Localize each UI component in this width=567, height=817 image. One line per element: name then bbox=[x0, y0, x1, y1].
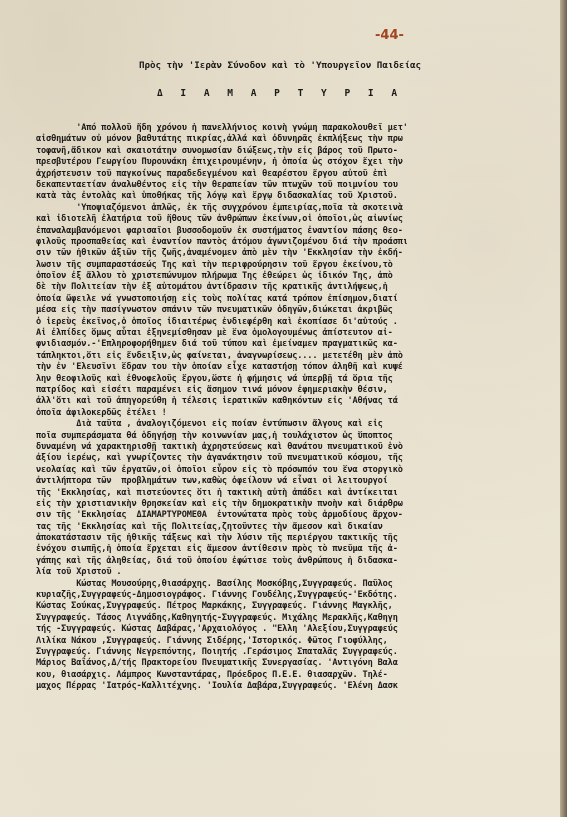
document-title: Δ Ι Α Μ Α Ρ Τ Υ Ρ Ι Α bbox=[0, 88, 560, 99]
text-line: ἀντιλήπτορα τῶν προβλημάτων των,καθὼς ὀφ… bbox=[36, 476, 564, 487]
text-line: δυναμένη νά χαρακτηρισθῇ τακτικὴ ἀχρηστε… bbox=[36, 442, 564, 453]
text-line: μαχος Πέρρας 'Ιατρός-Καλλιτέχνης. 'Ιουλί… bbox=[36, 681, 564, 692]
text-line: ἐπαναλαμβανόμενοι φαρισαῖοι βυσσοδομοῦν … bbox=[36, 226, 564, 237]
text-line: κυριαζῆς,Συγγραφεύς-Δημοσιογράφος. Γιάνν… bbox=[36, 590, 564, 601]
text-line: ἀλλ'ὅτι καὶ τοῦ ἀπηγορεύθη ἡ τέλεσις ἱερ… bbox=[36, 396, 564, 407]
text-line: τοφανῆ,ἄδικον καὶ σκαιοτάτην συνομωσίαν … bbox=[36, 146, 564, 157]
text-line: φιλοῦς προσπαθείας καὶ ἐναντίον παντὸς ἀ… bbox=[36, 237, 564, 248]
text-line: δὲ τὴν Πολιτείαν τὴν ἐξ αὐτομάτου ἀντίδρ… bbox=[36, 282, 564, 293]
text-line: λία τοῦ Χριστοῦ . bbox=[36, 567, 564, 578]
text-line: 'Υποψιαζόμενοι ἁπλῶς, ἐκ τῆς συγχρόνου ἐ… bbox=[36, 203, 564, 214]
text-line: Κώστας Μουσούρης,θιασάρχης. Βασίλης Μοσκ… bbox=[36, 579, 564, 590]
handwritten-page-number: -44- bbox=[375, 28, 404, 43]
text-line: ὁποῖον ἐξ ἄλλου τὸ χριστεπώνυμον πλήρωμα… bbox=[36, 271, 564, 282]
text-line: Κώστας Σούκας,Συγγραφεύς. Πέτρος Μαρκάκη… bbox=[36, 601, 564, 612]
text-line: ποῖα συμπεράσματα θά ὁδηγήσῃ τὴν κοινωνί… bbox=[36, 431, 564, 442]
text-line: τὴν ἐν 'Ελευσῖνι ἕδραν του τὴν ὁποίαν εἶ… bbox=[36, 362, 564, 373]
text-line: ἀξίου ἱερέως, καὶ γνωρίζοντες τὴν ἀγανάκ… bbox=[36, 453, 564, 464]
text-line: 'Από πολλοῦ ἤδη χρόνου ἡ πανελλήνιος κοι… bbox=[36, 123, 564, 134]
text-line: αἰσθημάτων οὐ μόνον βαθυτάτης πικρίας,ἀλ… bbox=[36, 134, 564, 145]
text-line: λην θεοφιλοῦς καὶ ἐθνοφελοῦς ἔργου,ὥστε … bbox=[36, 374, 564, 385]
text-line: πρεσβυτέρου Γεωργίου Πυρουνάκη ἐπιχειρου… bbox=[36, 157, 564, 168]
text-line: Διὰ ταῦτα , ἀναλογιζόμενοι εἰς ποίαν ἐντ… bbox=[36, 419, 564, 430]
text-line: δεκαπενταετίαν ἀναλωθέντος εἰς τὴν θεραπ… bbox=[36, 180, 564, 191]
text-line: Μάριος Βαΐάνος,Δ/τής Πρακτορείου Πνευματ… bbox=[36, 658, 564, 669]
text-line: κατὰ τὰς ἐντολὰς καὶ ὑποθήκας τῆς λόγῳ κ… bbox=[36, 191, 564, 202]
text-line: σιν τῶν ἠθικῶν ἀξιῶν τῆς ζωῆς,ἀναμένομεν… bbox=[36, 248, 564, 259]
text-line: Συγγραφεύς. Τάσος Λιγνάδης,Καθηγητής-Συγ… bbox=[36, 613, 564, 624]
text-line: ἐνόχου σιωπῆς,ἡ ὁποία ἔρχεται εἰς ἄμεσον… bbox=[36, 544, 564, 555]
text-line: τής -Συγγραφεύς. Κώστας Δαβάρας,'Αρχαιολ… bbox=[36, 624, 564, 635]
text-line: τας τῆς 'Εκκλησίας καὶ τῆς Πολιτείας,ζητ… bbox=[36, 522, 564, 533]
text-line: Λιλίκα Νάκου ,Συγγραφεύς. Γιάννης Σιδέρη… bbox=[36, 636, 564, 647]
text-line: ἀποκατάστασιν τῆς ἠθικῆς τάξεως καὶ τὴν … bbox=[36, 533, 564, 544]
text-line: ὁ ἱερεὺς ἐκεῖνος,ὁ ὁποῖος ἰδιαιτέρως ἐνδ… bbox=[36, 317, 564, 328]
text-line: σιν τῆς 'Εκκλησίας ΔΙΑΜΑΡΤΥΡΟΜΕΘΑ ἐντονώ… bbox=[36, 510, 564, 521]
text-line: πατρίδος καὶ εἰσέτι παραμένει εἰς ἄσημον… bbox=[36, 385, 564, 396]
text-line: εἰς τὴν χριστιανικὴν θρησκείαν καὶ εἰς τ… bbox=[36, 499, 564, 510]
text-line: καὶ ἰδιοτελῆ ἐλατήρια τοῦ ἤθους τῶν ἀνθρ… bbox=[36, 214, 564, 225]
text-line: γάπης καὶ τῆς ἀληθείας, διά τοῦ ὁποίου ἐ… bbox=[36, 556, 564, 567]
document-body: 'Από πολλοῦ ἤδη χρόνου ἡ πανελλήνιος κοι… bbox=[36, 123, 564, 693]
text-line: ἀχρήστευσιν τοῦ παγκοίνως παραδεδεγμένου… bbox=[36, 169, 564, 180]
addressee-heading: Πρὸς τὴν 'Ιερὰν Σύνοδον καὶ τὸ 'Υπουργεῖ… bbox=[0, 60, 560, 71]
text-line: τῆς 'Εκκλησίας, καὶ πιστεύοντες ὅτι ἡ τα… bbox=[36, 488, 564, 499]
text-line: φνιδιασμόν.-'Επληροφορήθημεν διά τοῦ τύπ… bbox=[36, 339, 564, 350]
text-line: μέσα εἰς τὴν πασίγνωστον σπάνιν τῶν πνευ… bbox=[36, 305, 564, 316]
text-line: Αἱ ἐλπίδες ὅμως αὗται ἐξηνεμίσθησαν μὲ ἕ… bbox=[36, 328, 564, 339]
text-line: ὁποία ὤφειλε νά γνωστοποιήσῃ εἰς τοὺς πο… bbox=[36, 294, 564, 305]
text-line: τάπληκτοι,ὅτι εἰς ἔνδειξιν,ὡς φαίνεται, … bbox=[36, 351, 564, 362]
text-line: Συγγραφεύς. Γιάννης Νεγρεπόντης, Ποιητής… bbox=[36, 647, 564, 658]
text-line: κου, θιασάρχις. Λάμπρος Κωνσταντάρας, Πρ… bbox=[36, 670, 564, 681]
text-line: νεολαίας καὶ τῶν ἐργατῶν,οἱ ὁποῖοι εὗρον… bbox=[36, 465, 564, 476]
text-line: ὁποῖα ἀφιλοκερδῶς ἐτέλει ! bbox=[36, 408, 564, 419]
text-line: λωσιν τῆς συμπαραστάσεώς Της καὶ τὴν περ… bbox=[36, 260, 564, 271]
